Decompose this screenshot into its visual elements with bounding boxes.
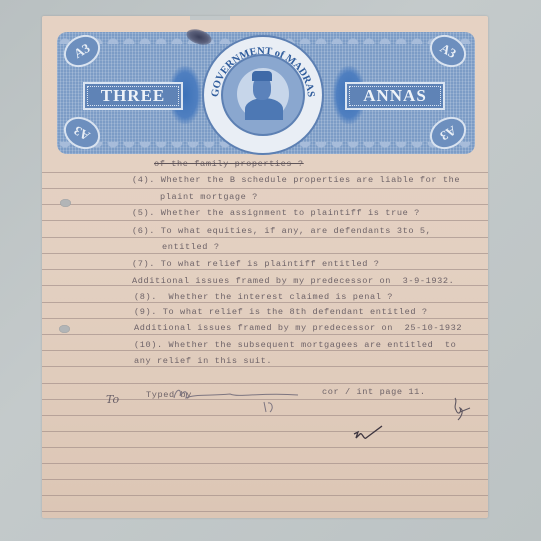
punch-hole (60, 199, 71, 207)
handwritten-initials-icon (450, 396, 472, 422)
ruled-line (42, 237, 488, 238)
handwritten-tick-icon (352, 424, 384, 442)
ruled-line (42, 511, 488, 512)
medallion-ring (221, 54, 305, 136)
typed-line: Additional issues framed by my predecess… (132, 276, 454, 286)
typed-line: plaint mortgage ? (160, 192, 258, 202)
typed-line: of the family properties ? (154, 159, 304, 169)
ruled-line (42, 415, 488, 416)
typed-line: (7). To what relief is plaintiff entitle… (132, 259, 380, 269)
ruled-line (42, 253, 488, 254)
ruled-line (42, 383, 488, 384)
stamp-value-right: ANNAS (345, 82, 445, 110)
typed-line: (5). Whether the assignment to plaintiff… (132, 208, 420, 218)
copy-stamp: A3 A3 A3 A3 THREE ANNAS GOVERNMENT of MA… (57, 32, 475, 154)
ruled-line (42, 334, 488, 335)
handwritten-mark-icon (262, 400, 276, 414)
ruled-line (42, 463, 488, 464)
king-portrait-icon (237, 68, 289, 120)
ruled-line (42, 366, 488, 367)
typed-line: (9). To what relief is the 8th defendant… (134, 307, 428, 317)
handwritten-initials: To (106, 393, 119, 406)
cor-int-page-label: cor / int page 11. (322, 387, 426, 397)
ruled-line (42, 204, 488, 205)
ruled-line (42, 220, 488, 221)
typed-line: (4). Whether the B schedule properties a… (132, 175, 460, 185)
typed-line: entitled ? (162, 242, 220, 252)
ruled-line (42, 479, 488, 480)
crown-icon (252, 71, 272, 81)
ruled-line (42, 188, 488, 189)
paper-tear (190, 16, 230, 20)
typed-line: Additional issues framed by my predecess… (134, 323, 462, 333)
portrait-body (245, 98, 283, 120)
typed-line: any relief in this suit. (134, 356, 272, 366)
ruled-line (42, 318, 488, 319)
ruled-line (42, 302, 488, 303)
typed-line: (10). Whether the subsequent mortgagees … (134, 340, 456, 350)
typed-line: (8). Whether the interest claimed is pen… (134, 292, 393, 302)
stamp-value-left: THREE (83, 82, 183, 110)
ruled-line (42, 269, 488, 270)
stamp-medallion: GOVERNMENT of MADRAS COPY STAMP (202, 35, 324, 155)
ruled-line (42, 495, 488, 496)
ruled-line (42, 431, 488, 432)
signature-icon (170, 386, 300, 402)
ruled-line (42, 447, 488, 448)
ruled-line (42, 350, 488, 351)
ruled-line (42, 172, 488, 173)
typed-line: (6). To what equities, if any, are defen… (132, 226, 431, 236)
punch-hole (59, 325, 70, 333)
